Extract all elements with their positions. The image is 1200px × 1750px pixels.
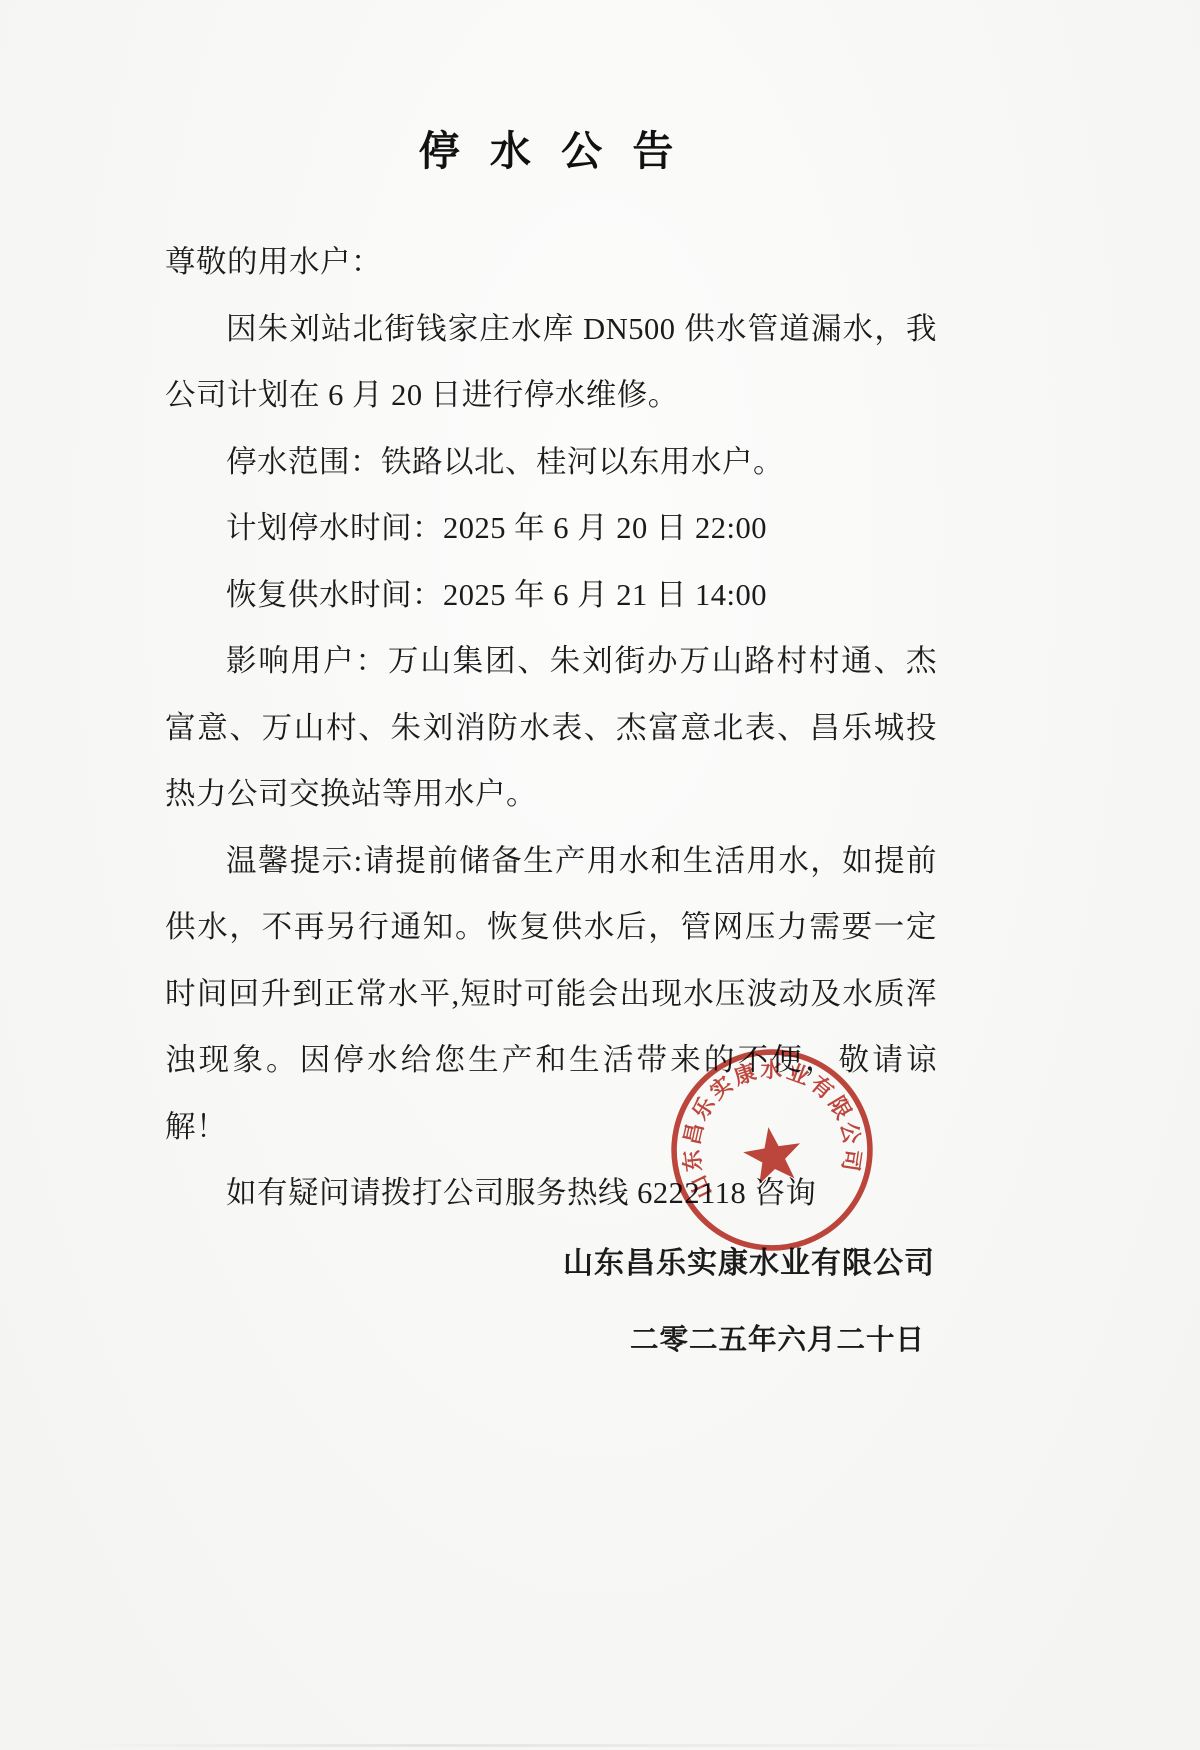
signature-block: 山东昌乐实康水业有限公司 二零二五年六月二十日 <box>165 1241 937 1363</box>
page-title: 停 水 公 告 <box>165 118 937 177</box>
paragraph-stop-time: 计划停水时间：2025 年 6 月 20 日 22:00 <box>165 495 937 562</box>
star-icon <box>740 1123 805 1186</box>
scanned-notice-page: 停 水 公 告 尊敬的用水户： 因朱刘站北街钱家庄水库 DN500 供水管道漏水… <box>0 0 1200 1750</box>
paragraph-resume-time: 恢复供水时间：2025 年 6 月 21 日 14:00 <box>165 562 937 629</box>
scan-edge-shadow <box>0 1744 1200 1747</box>
notice-date: 二零二五年六月二十日 <box>165 1319 937 1363</box>
paragraph-affected-users: 影响用户：万山集团、朱刘街办万山路村村通、杰富意、万山村、朱刘消防水表、杰富意北… <box>165 628 937 828</box>
paragraph-reason: 因朱刘站北街钱家庄水库 DN500 供水管道漏水，我公司计划在 6 月 20 日… <box>165 296 937 429</box>
company-seal-stamp: 山东昌乐实康水业有限公司 <box>651 1029 894 1272</box>
svg-text:山东昌乐实康水业有限公司: 山东昌乐实康水业有限公司 <box>665 1043 869 1203</box>
salutation: 尊敬的用水户： <box>165 229 937 296</box>
seal-ring-text: 山东昌乐实康水业有限公司 <box>665 1043 869 1203</box>
paragraph-outage-scope: 停水范围：铁路以北、桂河以东用水户。 <box>165 429 937 496</box>
